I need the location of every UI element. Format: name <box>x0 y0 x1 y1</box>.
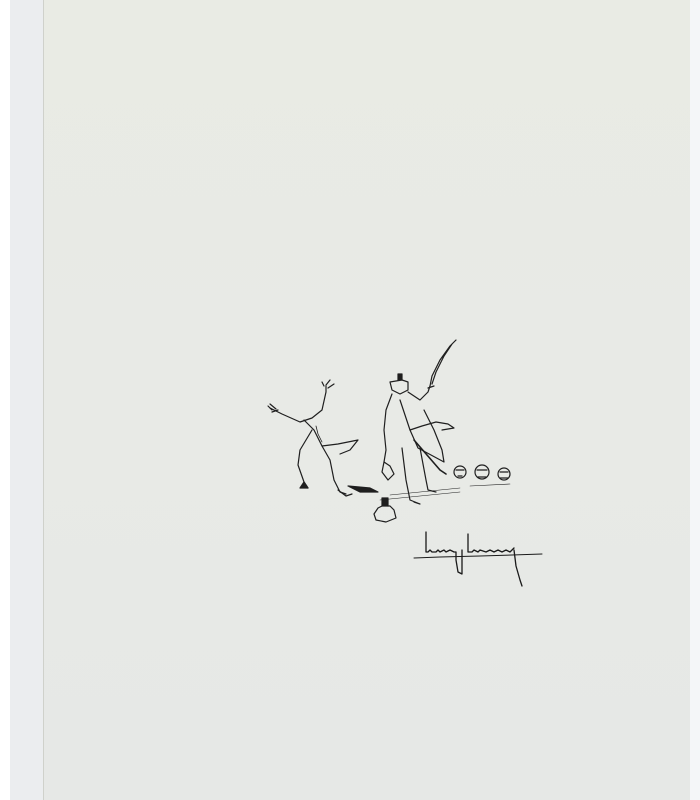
right-background-edge <box>690 0 700 800</box>
ground-details <box>348 486 460 522</box>
swordsman-figure <box>382 340 456 504</box>
recoiling-figure <box>268 380 358 496</box>
severed-heads <box>454 465 510 486</box>
artist-signature <box>400 520 550 590</box>
ink-illustration <box>260 330 520 530</box>
scanner-side-strip <box>10 0 44 800</box>
